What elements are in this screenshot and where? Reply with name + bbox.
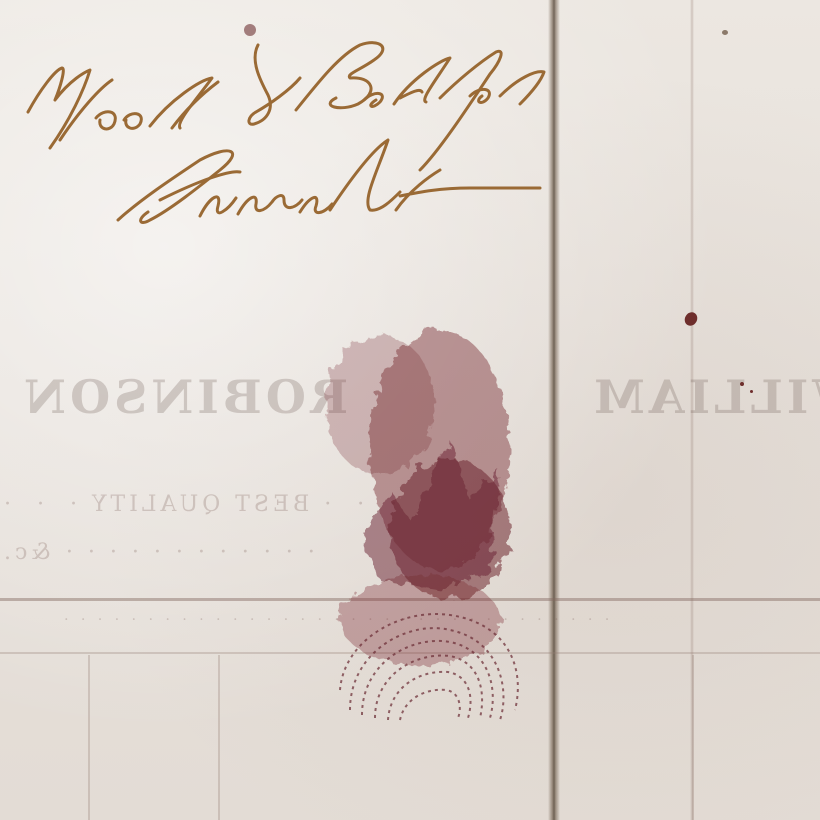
ledger-rule — [88, 655, 90, 820]
ink-spot — [682, 310, 699, 328]
ink-spot — [740, 382, 744, 386]
paper-blemish — [722, 30, 728, 35]
mirrored-line-text: BEST QUALITY — [88, 492, 309, 517]
ledger-rule — [692, 655, 694, 820]
document-photo: ROBINSON WILLIAM · · · BEST QUALITY · · … — [0, 0, 820, 820]
mirrored-print-line: · · · · · · · · · · · · &c. — [0, 540, 315, 565]
mirrored-line-text: &c. — [0, 540, 51, 565]
fingerprint-smudge — [300, 290, 560, 760]
mirrored-heading-left: ROBINSON — [20, 370, 348, 424]
handwritten-address — [0, 0, 560, 240]
ledger-rule — [218, 655, 220, 820]
mirrored-heading-right: WILLIAM — [590, 370, 820, 424]
ink-spot — [750, 390, 753, 393]
